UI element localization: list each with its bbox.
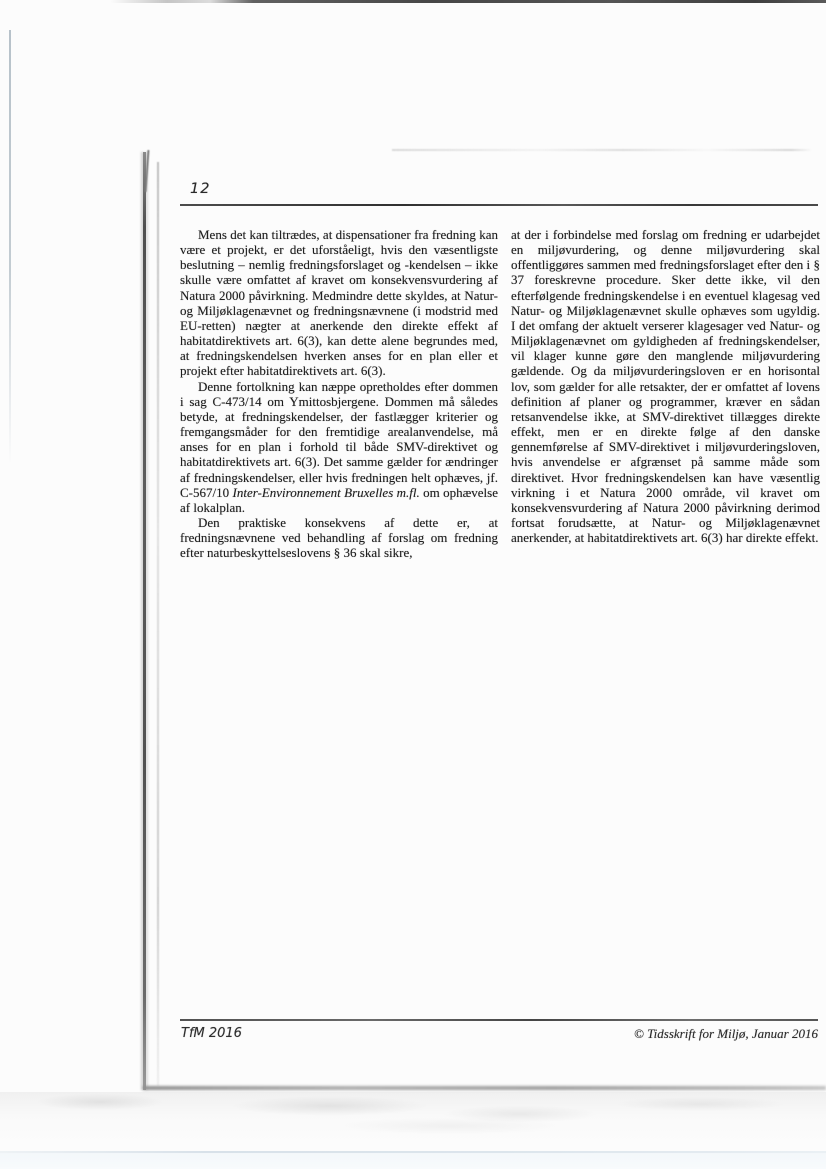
footer-rule — [180, 1019, 818, 1021]
right-column: at der i forbindelse med forslag om fred… — [511, 227, 820, 560]
scan-smudge-artifact — [392, 149, 812, 151]
paragraph-text: Denne fortolkning kan næppe opretholdes … — [180, 379, 498, 500]
case-name-italic: Inter-Environnement Bruxelles m.fl. — [233, 485, 420, 500]
page-number: 12 — [190, 181, 210, 197]
paragraph: Denne fortolkning kan næppe opretholdes … — [180, 379, 498, 515]
paragraph: Den praktiske konsekvens af dette er, at… — [180, 515, 498, 560]
paragraph: at der i forbindelse med forslag om fred… — [511, 227, 820, 545]
article-body: Mens det kan tiltrædes, at dispensatione… — [180, 227, 820, 560]
scan-left-hairline-artifact — [9, 30, 11, 465]
header-rule — [180, 204, 818, 206]
page-left-edge-secondary — [157, 162, 159, 1086]
page-bottom-edge — [143, 1086, 826, 1090]
scan-bottom-wash-artifact — [0, 1153, 826, 1169]
page-bottom-shadow — [0, 1092, 826, 1144]
journal-abbreviation: TfM 2016 — [181, 1026, 242, 1041]
page-left-edge — [143, 152, 146, 1090]
paragraph: Mens det kan tiltrædes, at dispensatione… — [180, 227, 498, 379]
left-column: Mens det kan tiltrædes, at dispensatione… — [180, 227, 498, 560]
scan-top-streak-artifact — [110, 0, 826, 3]
copyright-notice: © Tidsskrift for Miljø, Januar 2016 — [418, 1026, 818, 1042]
